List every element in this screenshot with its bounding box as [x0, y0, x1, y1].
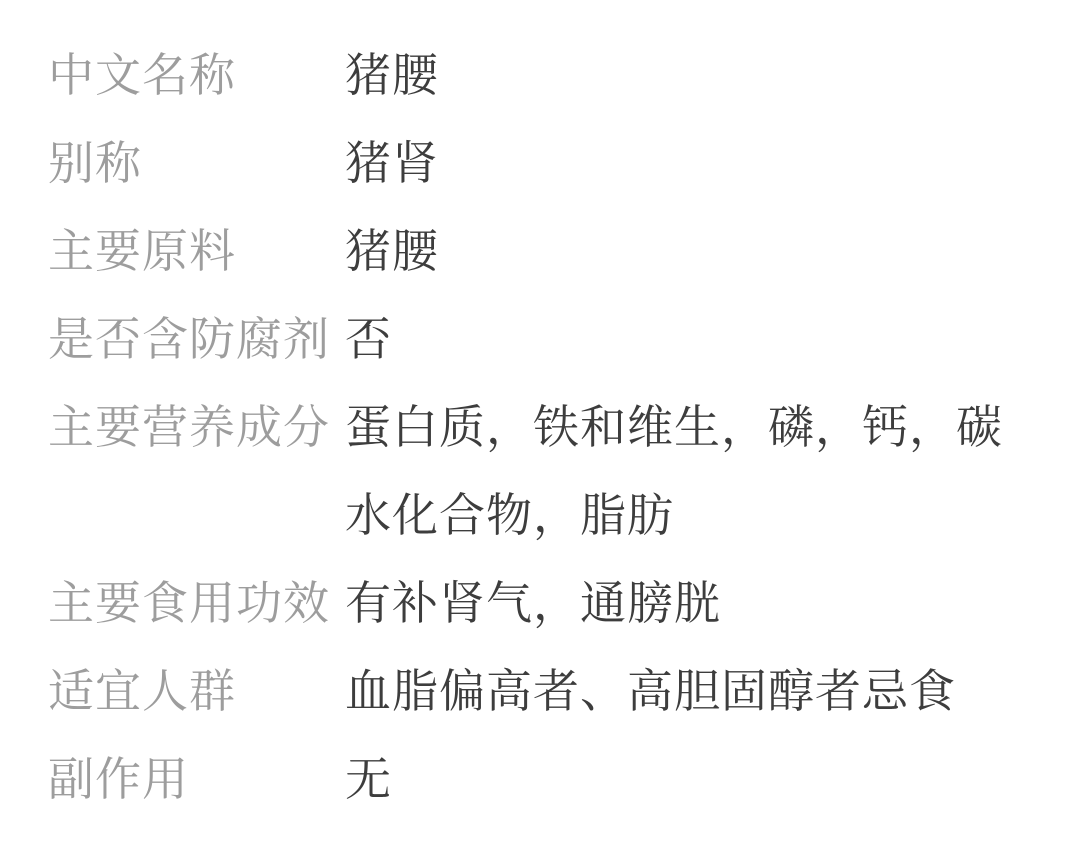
info-row: 主要原料 猪腰	[48, 207, 1035, 295]
info-label: 适宜人群	[48, 647, 345, 735]
info-label: 副作用	[48, 735, 345, 823]
info-label: 中文名称	[48, 31, 345, 119]
info-row: 适宜人群 血脂偏高者、高胆固醇者忌食	[48, 647, 1035, 735]
info-label: 主要营养成分	[48, 383, 345, 471]
info-label: 别称	[48, 119, 345, 207]
info-value: 无	[345, 735, 1035, 823]
info-row: 主要营养成分 蛋白质，铁和维生，磷，钙，碳水化合物，脂肪	[48, 383, 1035, 559]
info-row: 别称 猪肾	[48, 119, 1035, 207]
info-value: 蛋白质，铁和维生，磷，钙，碳水化合物，脂肪	[345, 383, 1035, 559]
info-value: 否	[345, 295, 1035, 383]
info-label: 主要食用功效	[48, 559, 345, 647]
info-value: 猪腰	[345, 31, 1035, 119]
info-value: 血脂偏高者、高胆固醇者忌食	[345, 647, 1035, 735]
info-value: 猪腰	[345, 207, 1035, 295]
info-label: 是否含防腐剂	[48, 295, 345, 383]
info-row: 主要食用功效 有补肾气，通膀胱	[48, 559, 1035, 647]
info-row: 副作用 无	[48, 735, 1035, 823]
basic-info-table: 中文名称 猪腰 别称 猪肾 主要原料 猪腰 是否含防腐剂 否 主要营养成分 蛋白…	[0, 0, 1080, 823]
info-row: 中文名称 猪腰	[48, 31, 1035, 119]
info-label: 主要原料	[48, 207, 345, 295]
info-value: 猪肾	[345, 119, 1035, 207]
info-row: 是否含防腐剂 否	[48, 295, 1035, 383]
info-value: 有补肾气，通膀胱	[345, 559, 1035, 647]
